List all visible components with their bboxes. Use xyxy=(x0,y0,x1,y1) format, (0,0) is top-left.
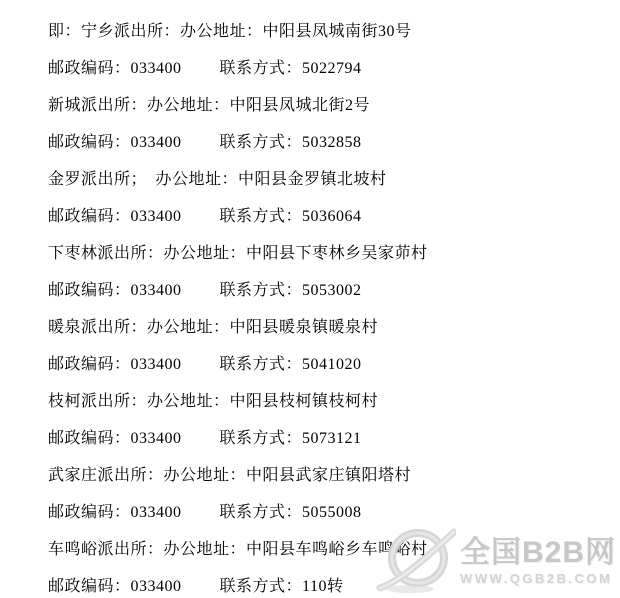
postal-contact-line: 邮政编码：033400联系方式：5041020 xyxy=(48,346,620,383)
station-address-line: 即：宁乡派出所：办公地址：中阳县凤城南街30号 xyxy=(48,13,620,50)
postal-code-value: 033400 xyxy=(131,60,182,77)
postal-code-value: 033400 xyxy=(131,134,182,151)
postal-label: 邮政编码： xyxy=(48,504,131,521)
station-address-line: 武家庄派出所：办公地址：中阳县武家庄镇阳塔村 xyxy=(48,457,620,494)
postal-label: 邮政编码： xyxy=(48,282,131,299)
contact-label: 联系方式： xyxy=(220,208,303,225)
station-entry: 暖泉派出所：办公地址：中阳县暖泉镇暖泉村 邮政编码：033400联系方式：504… xyxy=(48,309,620,383)
postal-code-value: 033400 xyxy=(131,356,182,373)
postal-label: 邮政编码： xyxy=(48,430,131,447)
postal-contact-line: 邮政编码：033400联系方式：5022794 xyxy=(48,50,620,87)
contact-value: 5053002 xyxy=(302,282,362,299)
postal-label: 邮政编码： xyxy=(48,60,131,77)
postal-label: 邮政编码： xyxy=(48,578,131,595)
station-entry: 武家庄派出所：办公地址：中阳县武家庄镇阳塔村 邮政编码：033400联系方式：5… xyxy=(48,457,620,531)
contact-label: 联系方式： xyxy=(220,282,303,299)
contact-label: 联系方式： xyxy=(220,504,303,521)
contact-label: 联系方式： xyxy=(220,578,303,595)
station-address-line: 下枣林派出所：办公地址：中阳县下枣林乡吴家茆村 xyxy=(48,235,620,272)
postal-contact-line: 邮政编码：033400联系方式：5032858 xyxy=(48,124,620,161)
postal-contact-line: 邮政编码：033400联系方式：110转 xyxy=(48,568,620,598)
contact-value: 5032858 xyxy=(302,134,362,151)
contact-label: 联系方式： xyxy=(220,134,303,151)
station-entry: 金罗派出所； 办公地址：中阳县金罗镇北坡村 邮政编码：033400联系方式：50… xyxy=(48,161,620,235)
postal-code-value: 033400 xyxy=(131,578,182,595)
contact-label: 联系方式： xyxy=(220,430,303,447)
station-address-line: 枝柯派出所：办公地址：中阳县枝柯镇枝柯村 xyxy=(48,383,620,420)
postal-contact-line: 邮政编码：033400联系方式：5036064 xyxy=(48,198,620,235)
station-address-line: 金罗派出所； 办公地址：中阳县金罗镇北坡村 xyxy=(48,161,620,198)
postal-code-value: 033400 xyxy=(131,504,182,521)
station-entry: 下枣林派出所：办公地址：中阳县下枣林乡吴家茆村 邮政编码：033400联系方式：… xyxy=(48,235,620,309)
contact-value: 110转 xyxy=(302,578,343,595)
contact-value: 5055008 xyxy=(302,504,362,521)
postal-contact-line: 邮政编码：033400联系方式：5053002 xyxy=(48,272,620,309)
station-address-line: 暖泉派出所：办公地址：中阳县暖泉镇暖泉村 xyxy=(48,309,620,346)
postal-label: 邮政编码： xyxy=(48,208,131,225)
contact-label: 联系方式： xyxy=(220,356,303,373)
station-entry: 新城派出所：办公地址：中阳县凤城北街2号 邮政编码：033400联系方式：503… xyxy=(48,87,620,161)
station-entry: 即：宁乡派出所：办公地址：中阳县凤城南街30号 邮政编码：033400联系方式：… xyxy=(48,13,620,87)
station-address-line: 车鸣峪派出所：办公地址：中阳县车鸣峪乡车鸣峪村 xyxy=(48,531,620,568)
contact-value: 5073121 xyxy=(302,430,362,447)
postal-code-value: 033400 xyxy=(131,208,182,225)
postal-code-value: 033400 xyxy=(131,430,182,447)
postal-contact-line: 邮政编码：033400联系方式：5073121 xyxy=(48,420,620,457)
contact-value: 5022794 xyxy=(302,60,362,77)
station-entry: 枝柯派出所：办公地址：中阳县枝柯镇枝柯村 邮政编码：033400联系方式：507… xyxy=(48,383,620,457)
contact-value: 5041020 xyxy=(302,356,362,373)
postal-label: 邮政编码： xyxy=(48,134,131,151)
station-entry: 车鸣峪派出所：办公地址：中阳县车鸣峪乡车鸣峪村 邮政编码：033400联系方式：… xyxy=(48,531,620,598)
contact-label: 联系方式： xyxy=(220,60,303,77)
station-directory: 即：宁乡派出所：办公地址：中阳县凤城南街30号 邮政编码：033400联系方式：… xyxy=(48,13,620,598)
postal-code-value: 033400 xyxy=(131,282,182,299)
contact-value: 5036064 xyxy=(302,208,362,225)
document-page: 即：宁乡派出所：办公地址：中阳县凤城南街30号 邮政编码：033400联系方式：… xyxy=(0,0,620,598)
postal-label: 邮政编码： xyxy=(48,356,131,373)
postal-contact-line: 邮政编码：033400联系方式：5055008 xyxy=(48,494,620,531)
station-address-line: 新城派出所：办公地址：中阳县凤城北街2号 xyxy=(48,87,620,124)
